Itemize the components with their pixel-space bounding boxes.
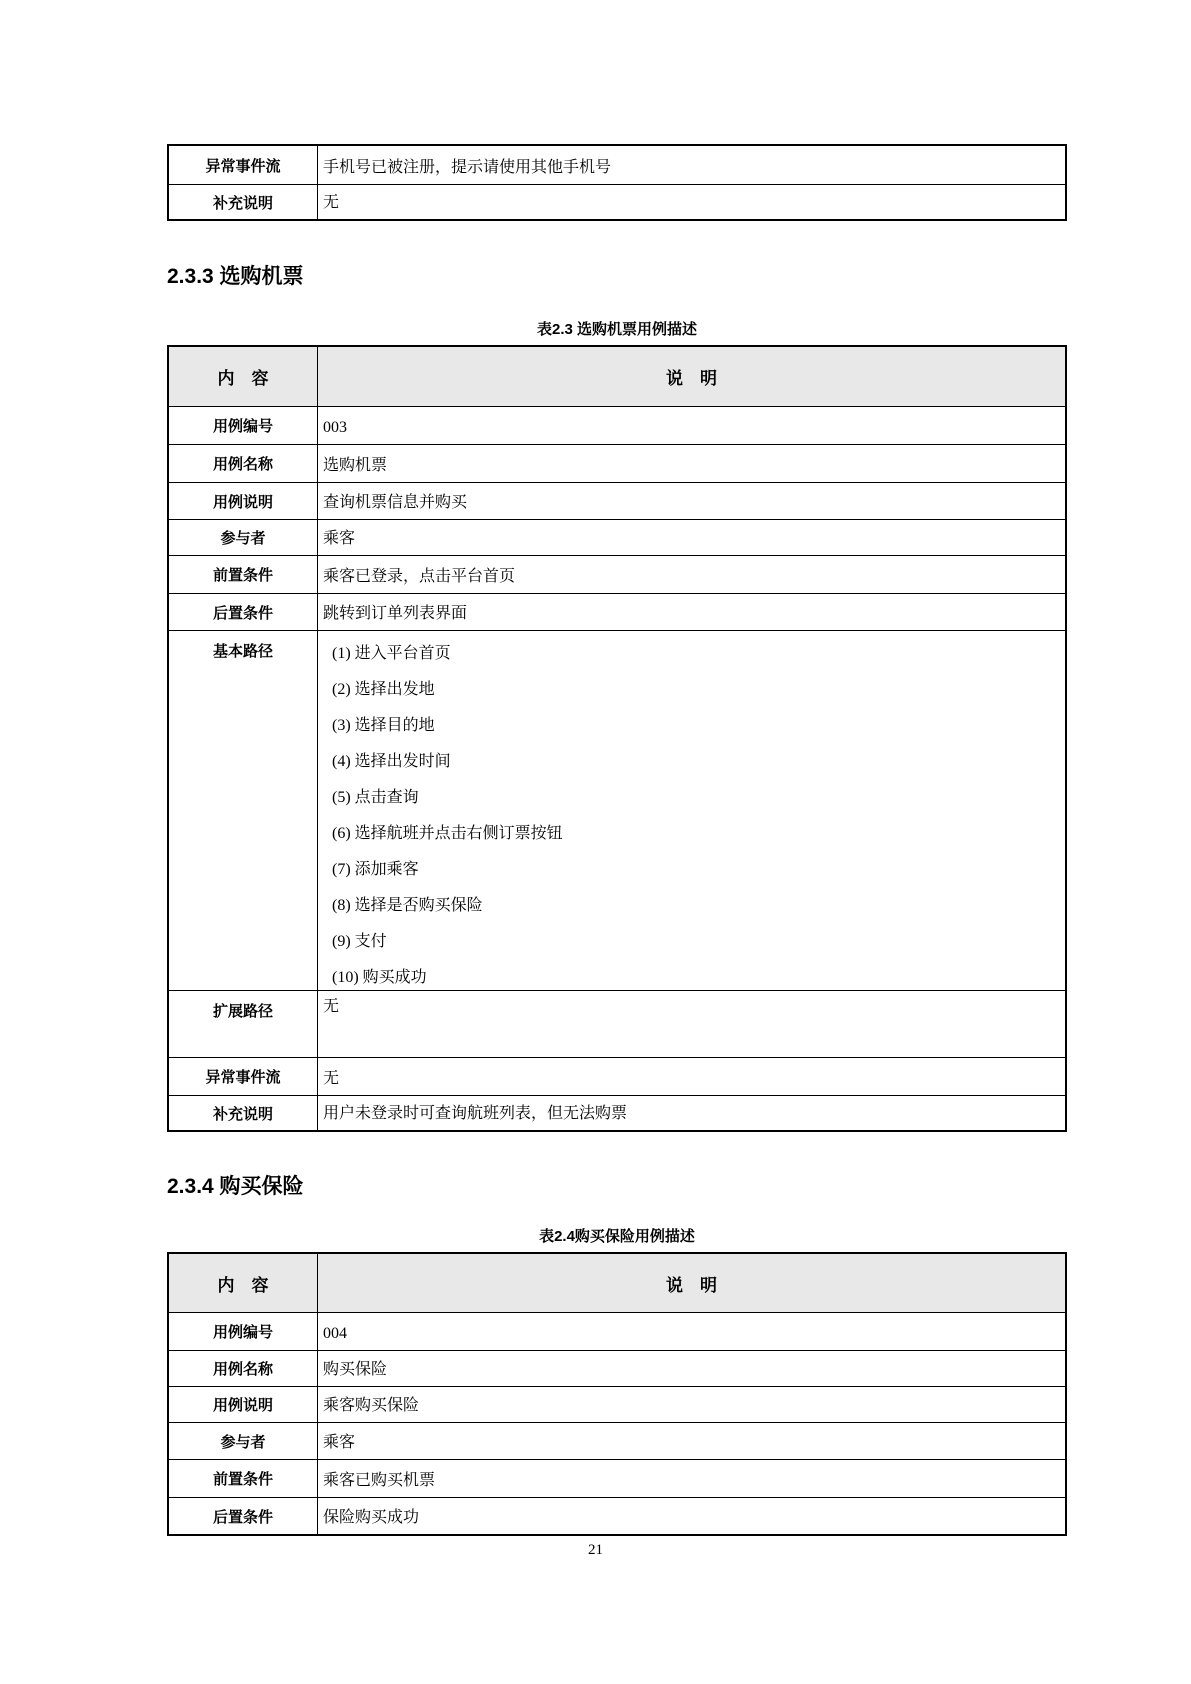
table-row: 补充说明 用户未登录时可查询航班列表，但无法购票 xyxy=(169,1095,1065,1130)
row-value: 用户未登录时可查询航班列表，但无法购票 xyxy=(318,1096,1065,1130)
row-label: 后置条件 xyxy=(169,1498,318,1534)
header-content-cell: 内 容 xyxy=(169,1254,318,1312)
row-label: 扩展路径 xyxy=(169,991,318,1057)
use-case-table-register-tail: 异常事件流 手机号已被注册，提示请使用其他手机号 补充说明 无 xyxy=(167,144,1067,221)
row-label: 前置条件 xyxy=(169,556,318,593)
row-value: 乘客 xyxy=(318,1423,1065,1459)
row-value: 无 xyxy=(318,991,1065,1057)
row-value: 乘客已登录，点击平台首页 xyxy=(318,556,1065,593)
table-row: 后置条件 跳转到订单列表界面 xyxy=(169,593,1065,630)
row-value: 跳转到订单列表界面 xyxy=(318,594,1065,630)
table-row: 前置条件 乘客已登录，点击平台首页 xyxy=(169,555,1065,593)
table-row-basic-path: 基本路径 (1) 进入平台首页 (2) 选择出发地 (3) 选择目的地 (4) … xyxy=(169,630,1065,990)
table-row: 后置条件 保险购买成功 xyxy=(169,1497,1065,1534)
table-row: 用例名称 购买保险 xyxy=(169,1350,1065,1386)
row-value: 选购机票 xyxy=(318,445,1065,482)
page-number: 21 xyxy=(0,1542,1191,1559)
table-row: 参与者 乘客 xyxy=(169,1422,1065,1459)
row-label: 前置条件 xyxy=(169,1460,318,1497)
row-label: 用例说明 xyxy=(169,483,318,519)
row-label: 补充说明 xyxy=(169,185,318,219)
row-label: 基本路径 xyxy=(169,631,318,990)
section-heading-2-3-3: 2.3.3 选购机票 xyxy=(167,262,304,292)
table-row: 参与者 乘客 xyxy=(169,519,1065,555)
row-value: 乘客已购买机票 xyxy=(318,1460,1065,1497)
row-value: 乘客购买保险 xyxy=(318,1387,1065,1422)
table-row: 用例名称 选购机票 xyxy=(169,444,1065,482)
table-row: 前置条件 乘客已购买机票 xyxy=(169,1459,1065,1497)
row-value: 保险购买成功 xyxy=(318,1498,1065,1534)
row-value: 无 xyxy=(318,185,1065,219)
row-value: 查询机票信息并购买 xyxy=(318,483,1065,519)
row-value: 手机号已被注册，提示请使用其他手机号 xyxy=(318,146,1065,184)
basic-path-step: (8) 选择是否购买保险 xyxy=(332,888,1065,924)
table-row: 用例说明 乘客购买保险 xyxy=(169,1386,1065,1422)
basic-path-step: (10) 购买成功 xyxy=(332,960,1065,990)
basic-path-step: (7) 添加乘客 xyxy=(332,852,1065,888)
use-case-table-buy-insurance: 内 容 说 明 用例编号 004 用例名称 购买保险 用例说明 乘客购买保险 参… xyxy=(167,1252,1067,1536)
row-label: 用例编号 xyxy=(169,407,318,444)
basic-path-step: (2) 选择出发地 xyxy=(332,672,1065,708)
row-value: 无 xyxy=(318,1058,1065,1095)
row-value-steps: (1) 进入平台首页 (2) 选择出发地 (3) 选择目的地 (4) 选择出发时… xyxy=(318,631,1065,990)
header-content-cell: 内 容 xyxy=(169,347,318,406)
basic-path-step: (9) 支付 xyxy=(332,924,1065,960)
table-caption-2-4: 表2.4购买保险用例描述 xyxy=(167,1227,1067,1247)
row-value: 乘客 xyxy=(318,520,1065,555)
basic-path-step: (3) 选择目的地 xyxy=(332,708,1065,744)
row-label: 异常事件流 xyxy=(169,1058,318,1095)
table-row: 补充说明 无 xyxy=(169,184,1065,219)
basic-path-step: (5) 点击查询 xyxy=(332,780,1065,816)
row-value: 购买保险 xyxy=(318,1351,1065,1386)
use-case-table-buy-ticket: 内 容 说 明 用例编号 003 用例名称 选购机票 用例说明 查询机票信息并购… xyxy=(167,345,1067,1132)
row-label: 用例名称 xyxy=(169,445,318,482)
table-row: 用例编号 003 xyxy=(169,406,1065,444)
row-label: 异常事件流 xyxy=(169,146,318,184)
row-label: 参与者 xyxy=(169,520,318,555)
header-description-cell: 说 明 xyxy=(318,347,1065,406)
section-heading-2-3-4: 2.3.4 购买保险 xyxy=(167,1172,304,1202)
row-value: 004 xyxy=(318,1313,1065,1350)
row-label: 用例名称 xyxy=(169,1351,318,1386)
row-label: 参与者 xyxy=(169,1423,318,1459)
table-caption-2-3: 表2.3 选购机票用例描述 xyxy=(167,320,1067,340)
table-header-row: 内 容 说 明 xyxy=(169,1254,1065,1312)
table-row: 扩展路径 无 xyxy=(169,990,1065,1057)
row-label: 用例说明 xyxy=(169,1387,318,1422)
row-label: 用例编号 xyxy=(169,1313,318,1350)
table-header-row: 内 容 说 明 xyxy=(169,347,1065,406)
row-value: 003 xyxy=(318,407,1065,444)
table-row: 用例编号 004 xyxy=(169,1312,1065,1350)
row-label: 补充说明 xyxy=(169,1096,318,1130)
basic-path-step: (6) 选择航班并点击右侧订票按钮 xyxy=(332,816,1065,852)
table-row: 用例说明 查询机票信息并购买 xyxy=(169,482,1065,519)
table-row: 异常事件流 无 xyxy=(169,1057,1065,1095)
row-label: 后置条件 xyxy=(169,594,318,630)
table-row: 异常事件流 手机号已被注册，提示请使用其他手机号 xyxy=(169,146,1065,184)
basic-path-step: (1) 进入平台首页 xyxy=(332,636,1065,672)
header-description-cell: 说 明 xyxy=(318,1254,1065,1312)
basic-path-step: (4) 选择出发时间 xyxy=(332,744,1065,780)
